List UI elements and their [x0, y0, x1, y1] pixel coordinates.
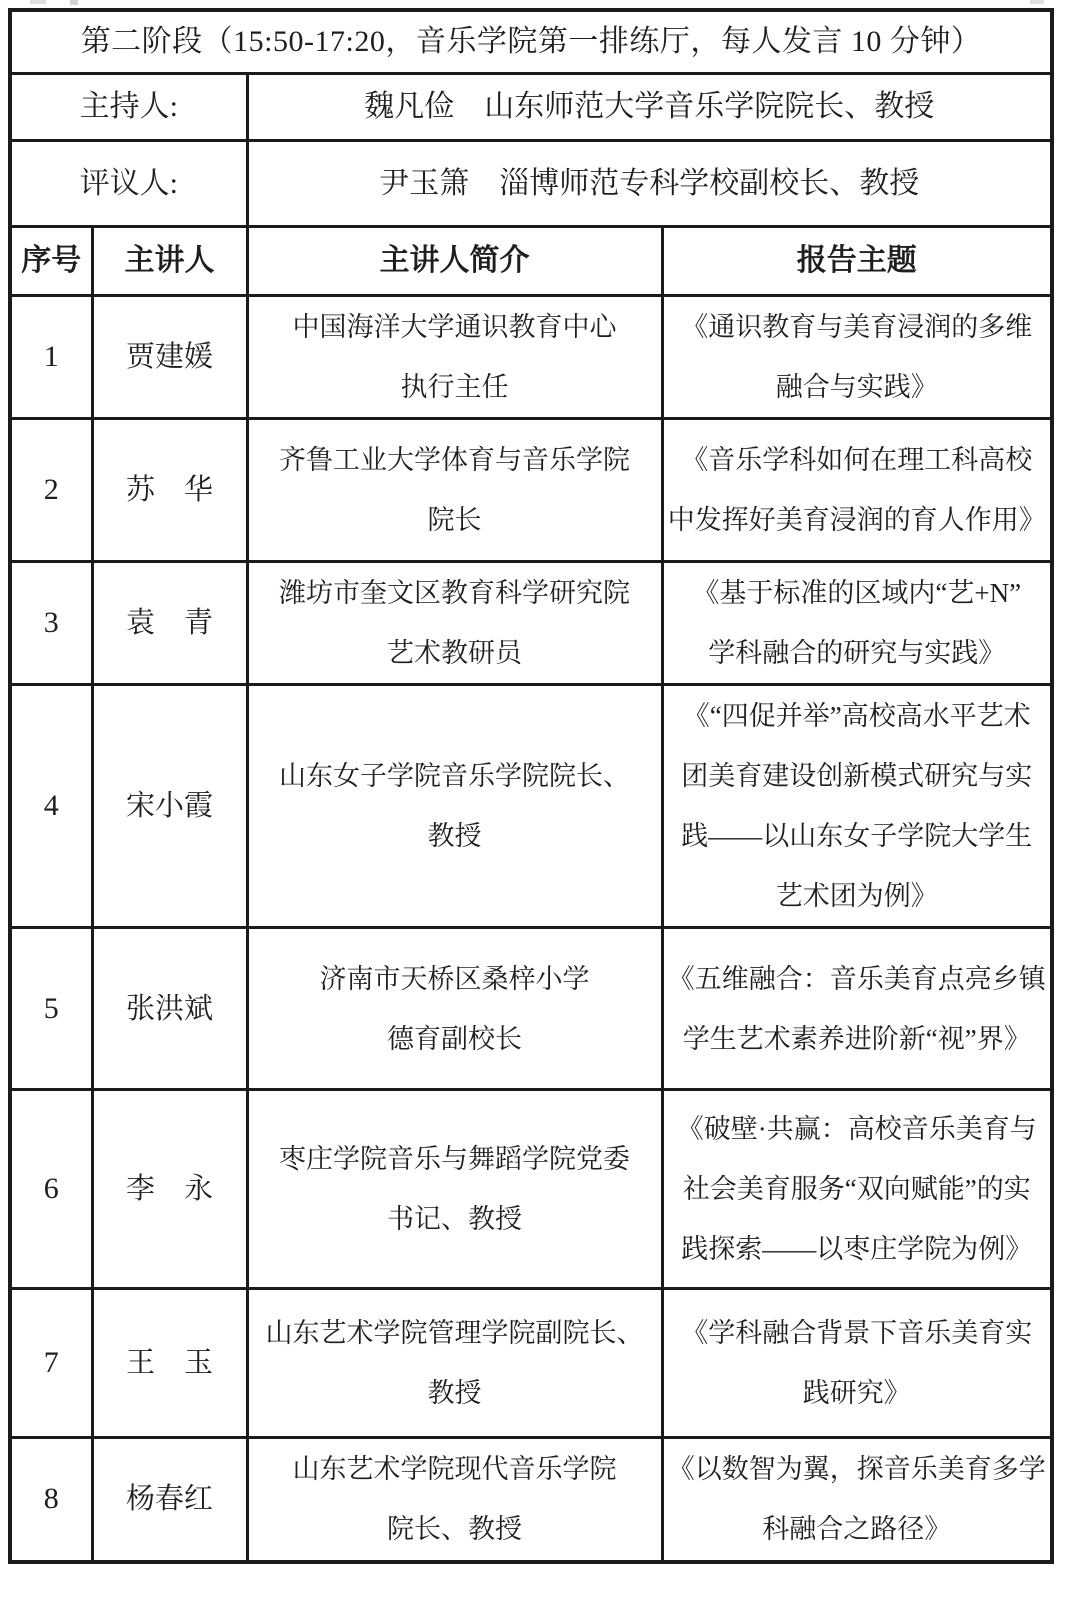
speaker-intro: 齐鲁工业大学体育与音乐学院 院长 — [247, 419, 662, 562]
host-row: 主持人: 魏凡俭 山东师范大学音乐学院院长、教授 — [10, 74, 1052, 141]
row-number: 8 — [10, 1438, 92, 1562]
col-header-topic: 报告主题 — [662, 227, 1052, 296]
crop-artifact — [1030, 0, 1044, 4]
column-header-row: 序号 主讲人 主讲人简介 报告主题 — [10, 227, 1052, 296]
report-topic: 《音乐学科如何在理工科高校 中发挥好美育浸润的育人作用》 — [662, 419, 1052, 562]
row-number: 5 — [10, 928, 92, 1090]
speaker-intro: 中国海洋大学通识教育中心 执行主任 — [247, 296, 662, 419]
report-topic: 《五维融合：音乐美育点亮乡镇 学生艺术素养进阶新“视”界》 — [662, 928, 1052, 1090]
crop-artifact — [70, 0, 78, 5]
speaker-name: 贾建媛 — [92, 296, 247, 419]
host-value: 魏凡俭 山东师范大学音乐学院院长、教授 — [247, 74, 1052, 141]
table-row: 2 苏 华 齐鲁工业大学体育与音乐学院 院长 《音乐学科如何在理工科高校 中发挥… — [10, 419, 1052, 562]
table-row: 3 袁 青 潍坊市奎文区教育科学研究院 艺术教研员 《基于标准的区域内“艺+N”… — [10, 562, 1052, 685]
schedule-table: 第二阶段（15:50-17:20，音乐学院第一排练厅，每人发言 10 分钟） 主… — [8, 8, 1054, 1564]
speaker-name: 李 永 — [92, 1090, 247, 1289]
speaker-intro: 山东艺术学院管理学院副院长、 教授 — [247, 1289, 662, 1438]
speaker-intro: 山东女子学院音乐学院院长、 教授 — [247, 685, 662, 928]
report-topic: 《通识教育与美育浸润的多维 融合与实践》 — [662, 296, 1052, 419]
reviewer-row: 评议人: 尹玉箫 淄博师范专科学校副校长、教授 — [10, 141, 1052, 227]
speaker-name: 袁 青 — [92, 562, 247, 685]
stage-title-row: 第二阶段（15:50-17:20，音乐学院第一排练厅，每人发言 10 分钟） — [10, 10, 1052, 74]
table-row: 1 贾建媛 中国海洋大学通识教育中心 执行主任 《通识教育与美育浸润的多维 融合… — [10, 296, 1052, 419]
report-topic: 《学科融合背景下音乐美育实 践研究》 — [662, 1289, 1052, 1438]
speaker-intro: 山东艺术学院现代音乐学院 院长、教授 — [247, 1438, 662, 1562]
table-row: 8 杨春红 山东艺术学院现代音乐学院 院长、教授 《以数智为翼，探音乐美育多学 … — [10, 1438, 1052, 1562]
speaker-intro: 济南市天桥区桑梓小学 德育副校长 — [247, 928, 662, 1090]
reviewer-label: 评议人: — [10, 141, 247, 227]
report-topic: 《“四促并举”高校高水平艺术 团美育建设创新模式研究与实 践——以山东女子学院大… — [662, 685, 1052, 928]
col-header-number: 序号 — [10, 227, 92, 296]
speaker-name: 杨春红 — [92, 1438, 247, 1562]
speaker-name: 王 玉 — [92, 1289, 247, 1438]
table-row: 6 李 永 枣庄学院音乐与舞蹈学院党委 书记、教授 《破壁·共赢：高校音乐美育与… — [10, 1090, 1052, 1289]
speaker-name: 宋小霞 — [92, 685, 247, 928]
table-row: 4 宋小霞 山东女子学院音乐学院院长、 教授 《“四促并举”高校高水平艺术 团美… — [10, 685, 1052, 928]
reviewer-value: 尹玉箫 淄博师范专科学校副校长、教授 — [247, 141, 1052, 227]
speaker-name: 张洪斌 — [92, 928, 247, 1090]
document-page: 第二阶段（15:50-17:20，音乐学院第一排练厅，每人发言 10 分钟） 主… — [0, 0, 1080, 1623]
row-number: 4 — [10, 685, 92, 928]
report-topic: 《破壁·共赢：高校音乐美育与 社会美育服务“双向赋能”的实 践探索——以枣庄学院… — [662, 1090, 1052, 1289]
speaker-intro: 潍坊市奎文区教育科学研究院 艺术教研员 — [247, 562, 662, 685]
row-number: 3 — [10, 562, 92, 685]
row-number: 2 — [10, 419, 92, 562]
report-topic: 《以数智为翼，探音乐美育多学 科融合之路径》 — [662, 1438, 1052, 1562]
report-topic: 《基于标准的区域内“艺+N” 学科融合的研究与实践》 — [662, 562, 1052, 685]
host-label: 主持人: — [10, 74, 247, 141]
row-number: 6 — [10, 1090, 92, 1289]
speaker-intro: 枣庄学院音乐与舞蹈学院党委 书记、教授 — [247, 1090, 662, 1289]
stage-title: 第二阶段（15:50-17:20，音乐学院第一排练厅，每人发言 10 分钟） — [10, 10, 1052, 74]
row-number: 1 — [10, 296, 92, 419]
crop-artifact — [30, 0, 46, 4]
row-number: 7 — [10, 1289, 92, 1438]
col-header-intro: 主讲人简介 — [247, 227, 662, 296]
table-row: 5 张洪斌 济南市天桥区桑梓小学 德育副校长 《五维融合：音乐美育点亮乡镇 学生… — [10, 928, 1052, 1090]
table-row: 7 王 玉 山东艺术学院管理学院副院长、 教授 《学科融合背景下音乐美育实 践研… — [10, 1289, 1052, 1438]
col-header-speaker: 主讲人 — [92, 227, 247, 296]
speaker-name: 苏 华 — [92, 419, 247, 562]
